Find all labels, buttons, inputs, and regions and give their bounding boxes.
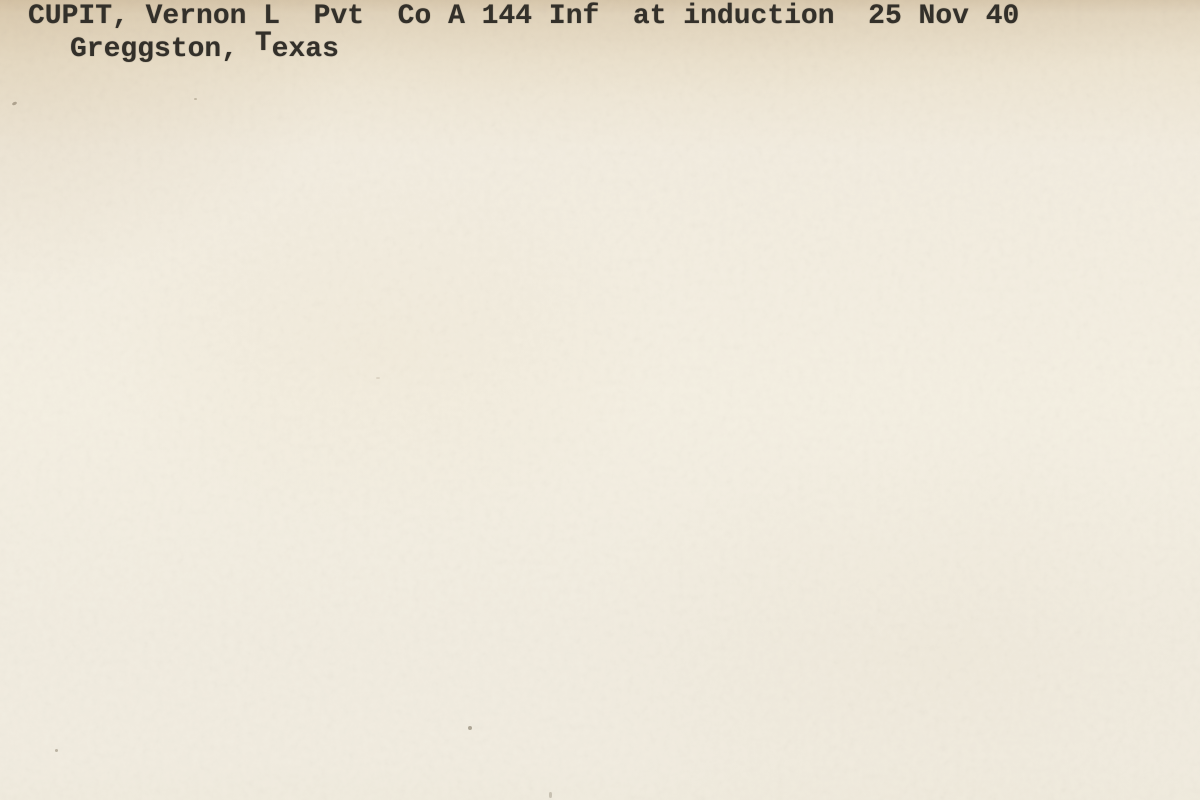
- caption-line-1: CUPIT, Vernon L Pvt Co A 144 Inf at indu…: [28, 2, 1019, 32]
- paper-speck: [12, 101, 18, 106]
- caption-line2-place-rest: exas: [272, 34, 339, 65]
- scanned-photo-caption-card: CUPIT, Vernon L Pvt Co A 144 Inf at indu…: [0, 0, 1200, 800]
- paper-speck: [194, 98, 197, 100]
- paper-speck: [376, 377, 380, 379]
- caption-line2-place-prefix: Greggston,: [70, 34, 255, 65]
- paper-speck: [55, 749, 58, 752]
- caption-line2-raised-letter: T: [255, 28, 272, 59]
- paper-grain-texture: [0, 0, 1200, 800]
- paper-speck: [468, 726, 472, 730]
- caption-line-2: Greggston, Texas: [70, 35, 339, 65]
- paper-speck: [549, 792, 552, 798]
